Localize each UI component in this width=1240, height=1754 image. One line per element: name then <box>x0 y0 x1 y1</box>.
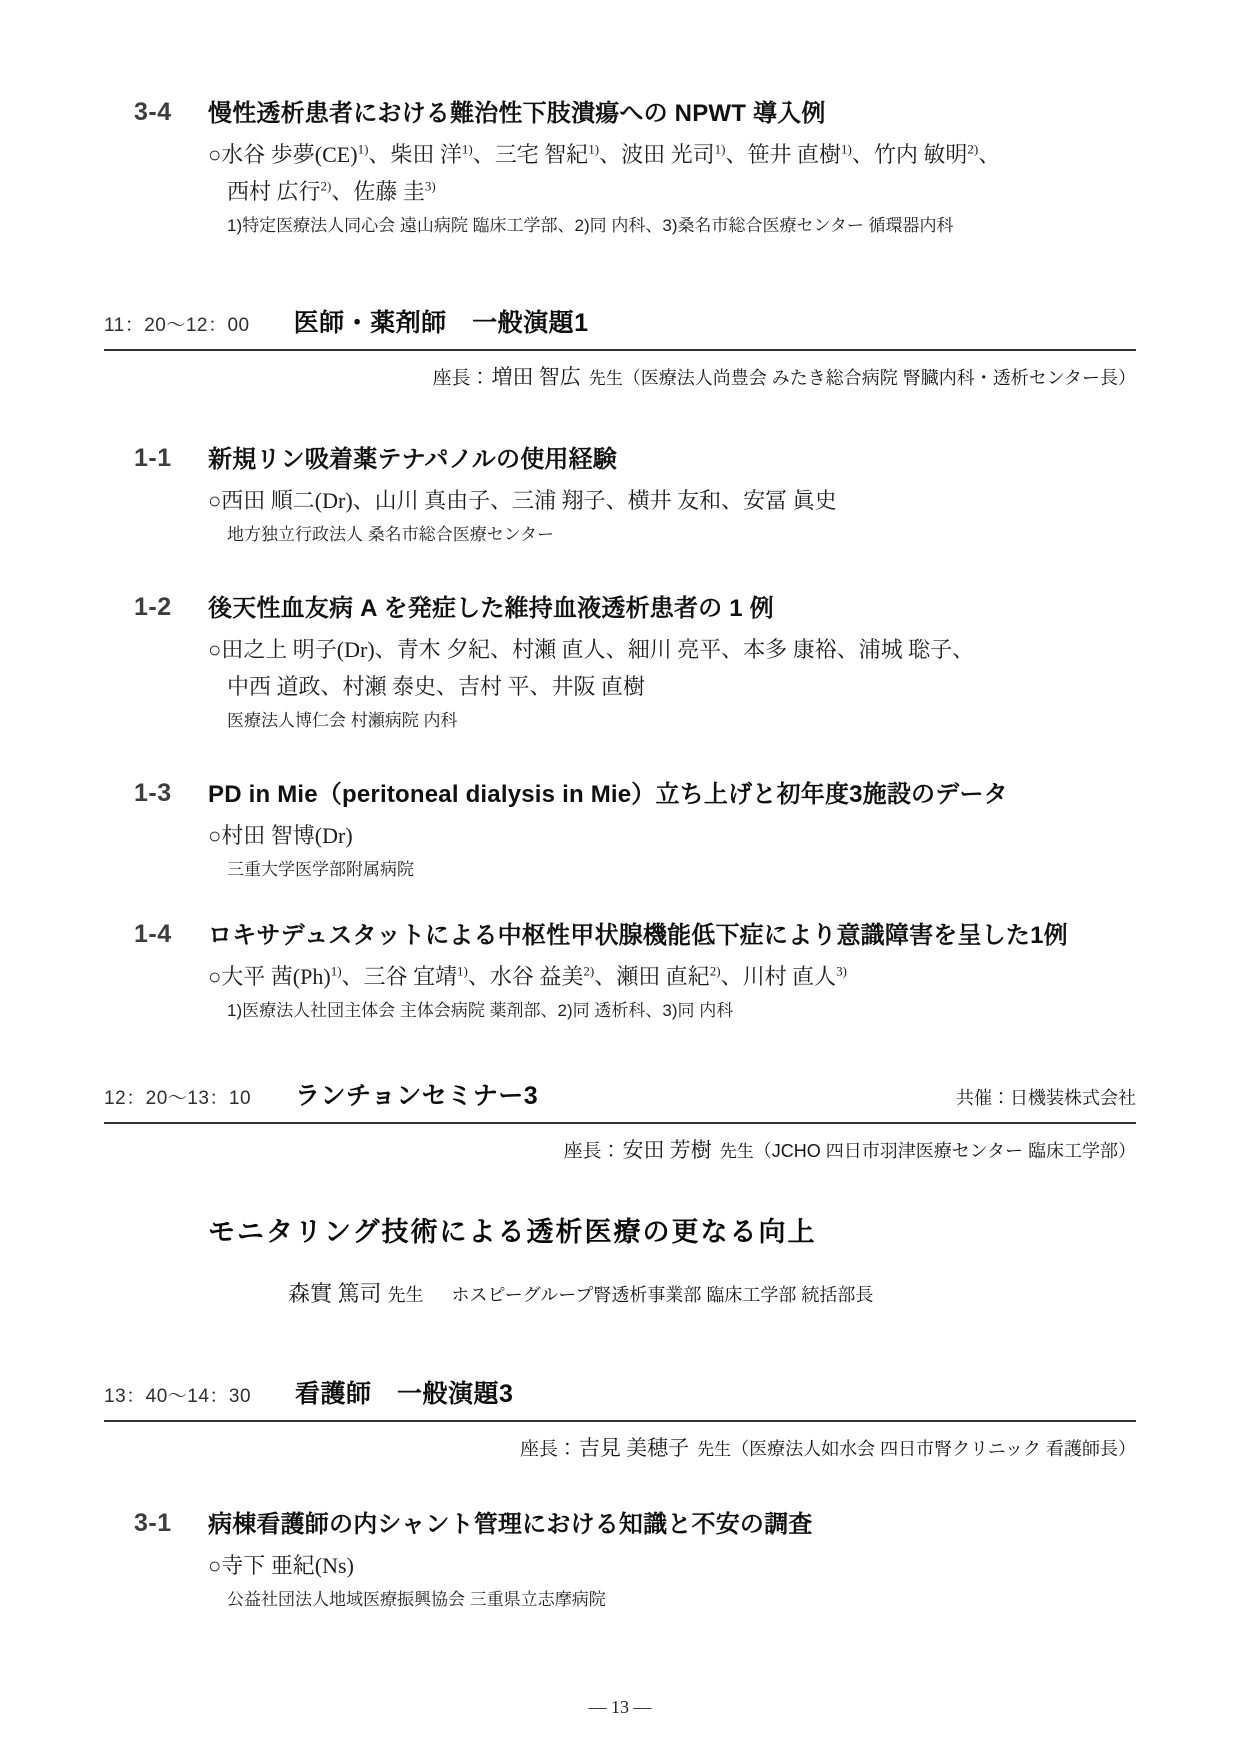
abstract-number: 1-1 <box>134 443 208 473</box>
lecture-title: モニタリング技術による透析医療の更なる向上 <box>208 1210 1136 1249</box>
author-line: ○寺下 亜紀(Ns) <box>208 1547 1136 1584</box>
session-time: 13：40～14：30 <box>104 1381 251 1408</box>
chair-honorific: 先生 <box>589 369 623 388</box>
lecture-speaker: 森實 篤司先生ホスピーグループ腎透析事業部 臨床工学部 統括部長 <box>288 1277 1136 1308</box>
session-title: ランチョンセミナー3 <box>295 1076 538 1112</box>
abstract-affiliation: 地方独立行政法人 桑名市総合医療センター <box>208 522 1136 548</box>
chair-affiliation: （医療法人如水会 四日市腎クリニック 看護師長） <box>731 1439 1136 1459</box>
abstract-number: 1-2 <box>134 592 208 622</box>
author-line: ○西田 順二(Dr)、山川 真由子、三浦 翔子、横井 友和、安冨 眞史 <box>208 482 1136 519</box>
session-header-luncheon-seminar: 12：20～13：10 ランチョンセミナー3 共催：日機装株式会社 <box>104 1076 1136 1124</box>
speaker-name: 森實 篤司 <box>288 1281 382 1306</box>
author-line: ○水谷 歩夢(CE)1)、柴田 洋1)、三宅 智紀1)、波田 光司1)、笹井 直… <box>208 136 1136 173</box>
abstract-1-4: 1-4 ロキサデュスタットによる中枢性甲状腺機能低下症により意識障害を呈した1例… <box>104 919 1136 1024</box>
abstract-affiliation: 公益社団法人地域医療振興協会 三重県立志摩病院 <box>208 1587 1136 1613</box>
session-header-nurses: 13：40～14：30 看護師 一般演題3 <box>104 1374 1136 1422</box>
abstract-title: 新規リン吸着薬テナパノルの使用経験 <box>208 443 1136 477</box>
abstract-title: 病棟看護師の内シャント管理における知識と不安の調査 <box>208 1508 1136 1542</box>
abstract-number: 3-4 <box>134 97 208 127</box>
abstract-3-4: 3-4 慢性透析患者における難治性下肢潰瘍への NPWT 導入例 ○水谷 歩夢(… <box>104 97 1136 239</box>
author-line: 西村 広行2)、佐藤 圭3) <box>208 173 1136 210</box>
chair-label: 座長： <box>432 368 489 389</box>
abstract-authors: ○村田 智博(Dr) <box>208 817 1136 854</box>
abstract-affiliation: 1)医療法人社団主体会 主体会病院 薬剤部、2)同 透析科、3)同 内科 <box>208 998 1136 1024</box>
chair-label: 座長： <box>563 1141 620 1162</box>
chair-name: 安田 芳樹 <box>622 1138 711 1162</box>
abstract-authors: ○田之上 明子(Dr)、青木 夕紀、村瀬 直人、細川 亮平、本多 康裕、浦城 聡… <box>208 631 1136 705</box>
session-title: 看護師 一般演題3 <box>295 1374 513 1410</box>
chair-honorific: 先生 <box>720 1142 754 1161</box>
abstract-number: 1-4 <box>134 919 208 949</box>
abstract-title: 後天性血友病 A を発症した維持血液透析患者の 1 例 <box>208 592 1136 626</box>
author-line: 中西 道政、村瀬 泰史、吉村 平、井阪 直樹 <box>208 668 1136 705</box>
session-header-doctors-pharmacists: 11：20～12：00 医師・薬剤師 一般演題1 <box>104 303 1136 351</box>
abstract-title: 慢性透析患者における難治性下肢潰瘍への NPWT 導入例 <box>208 97 1136 131</box>
abstract-number: 3-1 <box>134 1508 208 1538</box>
author-line: ○田之上 明子(Dr)、青木 夕紀、村瀬 直人、細川 亮平、本多 康裕、浦城 聡… <box>208 631 1136 668</box>
author-line: ○村田 智博(Dr) <box>208 817 1136 854</box>
abstract-title: PD in Mie（peritoneal dialysis in Mie）立ち上… <box>208 778 1136 812</box>
abstract-affiliation: 医療法人博仁会 村瀬病院 内科 <box>208 708 1136 734</box>
abstract-authors: ○大平 茜(Ph)1)、三谷 宜靖1)、水谷 益美2)、瀬田 直紀2)、川村 直… <box>208 958 1136 995</box>
abstract-3-1: 3-1 病棟看護師の内シャント管理における知識と不安の調査 ○寺下 亜紀(Ns)… <box>104 1508 1136 1613</box>
session-title: 医師・薬剤師 一般演題1 <box>294 303 589 339</box>
session-chair: 座長：増田 智広先生（医療法人尚豊会 みたき総合病院 腎臓内科・透析センター長） <box>104 361 1136 391</box>
session-cosponsor: 共催：日機装株式会社 <box>956 1084 1136 1110</box>
abstract-authors: ○西田 順二(Dr)、山川 真由子、三浦 翔子、横井 友和、安冨 眞史 <box>208 482 1136 519</box>
abstract-title: ロキサデュスタットによる中枢性甲状腺機能低下症により意識障害を呈した1例 <box>208 919 1136 953</box>
chair-name: 増田 智広 <box>491 365 580 389</box>
abstract-number: 1-3 <box>134 778 208 808</box>
chair-affiliation: （JCHO 四日市羽津医療センター 臨床工学部） <box>754 1141 1136 1161</box>
chair-affiliation: （医療法人尚豊会 みたき総合病院 腎臓内科・透析センター長） <box>623 368 1136 388</box>
author-line: ○大平 茜(Ph)1)、三谷 宜靖1)、水谷 益美2)、瀬田 直紀2)、川村 直… <box>208 958 1136 995</box>
session-time: 12：20～13：10 <box>104 1083 251 1110</box>
abstract-1-2: 1-2 後天性血友病 A を発症した維持血液透析患者の 1 例 ○田之上 明子(… <box>104 592 1136 734</box>
page-number: — 13 — <box>0 1697 1240 1718</box>
chair-name: 吉見 美穂子 <box>579 1436 689 1460</box>
program-page: 3-4 慢性透析患者における難治性下肢潰瘍への NPWT 導入例 ○水谷 歩夢(… <box>0 0 1240 1754</box>
session-chair: 座長：吉見 美穂子先生（医療法人如水会 四日市腎クリニック 看護師長） <box>104 1432 1136 1462</box>
chair-label: 座長： <box>520 1439 577 1460</box>
abstract-authors: ○寺下 亜紀(Ns) <box>208 1547 1136 1584</box>
abstract-affiliation: 三重大学医学部附属病院 <box>208 857 1136 883</box>
session-chair: 座長：安田 芳樹先生（JCHO 四日市羽津医療センター 臨床工学部） <box>104 1134 1136 1164</box>
speaker-honorific: 先生 <box>388 1285 424 1305</box>
abstract-authors: ○水谷 歩夢(CE)1)、柴田 洋1)、三宅 智紀1)、波田 光司1)、笹井 直… <box>208 136 1136 210</box>
abstract-1-1: 1-1 新規リン吸着薬テナパノルの使用経験 ○西田 順二(Dr)、山川 真由子、… <box>104 443 1136 548</box>
abstract-1-3: 1-3 PD in Mie（peritoneal dialysis in Mie… <box>104 778 1136 883</box>
session-time: 11：20～12：00 <box>104 310 250 337</box>
abstract-affiliation: 1)特定医療法人同心会 遠山病院 臨床工学部、2)同 内科、3)桑名市総合医療セ… <box>208 213 1136 239</box>
speaker-affiliation: ホスピーグループ腎透析事業部 臨床工学部 統括部長 <box>452 1285 874 1305</box>
chair-honorific: 先生 <box>697 1440 731 1459</box>
